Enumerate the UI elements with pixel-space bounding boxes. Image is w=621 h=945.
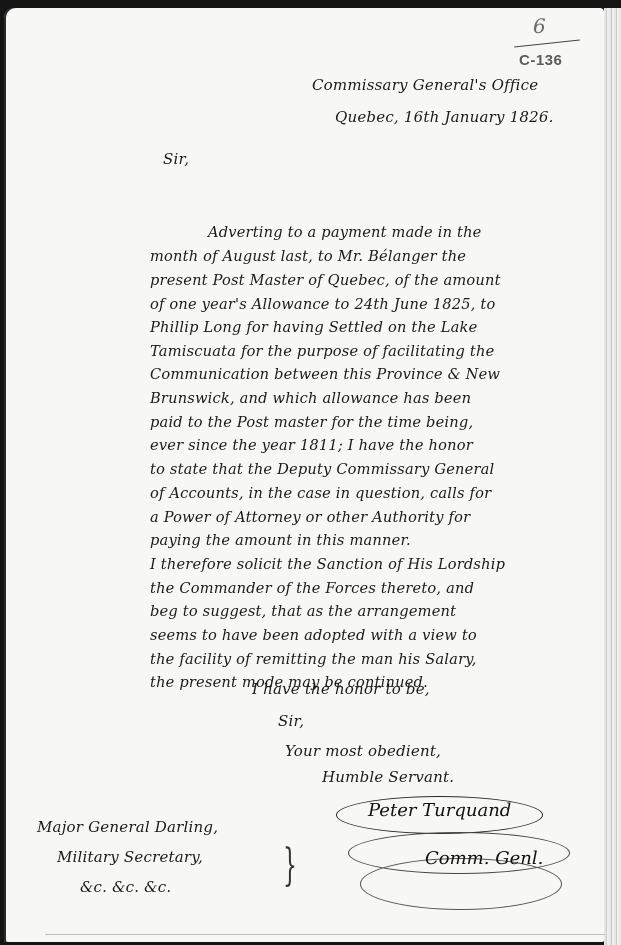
body-line: Tamiscuata for the purpose of facilitati… bbox=[150, 343, 494, 360]
place-date: Quebec, 16th January 1826. bbox=[335, 108, 554, 126]
signature-title: Comm. Genl. bbox=[425, 848, 543, 869]
addressee-line: &c. &c. &c. bbox=[80, 878, 171, 896]
addressee-line: Military Secretary, bbox=[57, 848, 203, 866]
office-heading: Commissary General's Office bbox=[312, 76, 538, 94]
folio-number: 6 bbox=[533, 14, 546, 38]
body-line: the Commander of the Forces thereto, and bbox=[150, 580, 474, 597]
body-line: paid to the Post master for the time bei… bbox=[150, 414, 473, 431]
closing-line: Sir, bbox=[278, 712, 304, 730]
body-line: the facility of remitting the man his Sa… bbox=[150, 651, 477, 668]
closing-line: Your most obedient, bbox=[285, 742, 441, 760]
body-line: beg to suggest, that as the arrangement bbox=[150, 603, 456, 620]
body-line: paying the amount in this manner. bbox=[150, 532, 411, 549]
signature-name: Peter Turquand bbox=[368, 800, 511, 821]
document-scan: 6 C-136 Commissary General's Office Queb… bbox=[0, 0, 621, 945]
body-line: ever since the year 1811; I have the hon… bbox=[150, 437, 473, 454]
body-line: Phillip Long for having Settled on the L… bbox=[150, 319, 477, 336]
closing-line: Humble Servant. bbox=[322, 768, 454, 786]
brace-mark: } bbox=[283, 840, 297, 891]
body-line: month of August last, to Mr. Bélanger th… bbox=[150, 248, 466, 265]
page-stack-edge bbox=[604, 8, 621, 945]
archive-stamp: C-136 bbox=[519, 52, 562, 69]
body-line: I therefore solicit the Sanction of His … bbox=[150, 556, 505, 573]
page-bottom-edge bbox=[45, 934, 605, 935]
body-line: of one year's Allowance to 24th June 182… bbox=[150, 296, 495, 313]
body-line: seems to have been adopted with a view t… bbox=[150, 627, 477, 644]
addressee-line: Major General Darling, bbox=[37, 818, 218, 836]
body-line: Adverting to a payment made in the bbox=[208, 224, 482, 241]
salutation: Sir, bbox=[163, 150, 189, 168]
body-line: a Power of Attorney or other Authority f… bbox=[150, 509, 470, 526]
body-line: Communication between this Province & Ne… bbox=[150, 366, 500, 383]
body-line: of Accounts, in the case in question, ca… bbox=[150, 485, 491, 502]
body-line: present Post Master of Quebec, of the am… bbox=[150, 272, 501, 289]
body-line: Brunswick, and which allowance has been bbox=[150, 390, 471, 407]
closing-line: I have the honor to be, bbox=[252, 680, 430, 698]
body-line: to state that the Deputy Commissary Gene… bbox=[150, 461, 494, 478]
